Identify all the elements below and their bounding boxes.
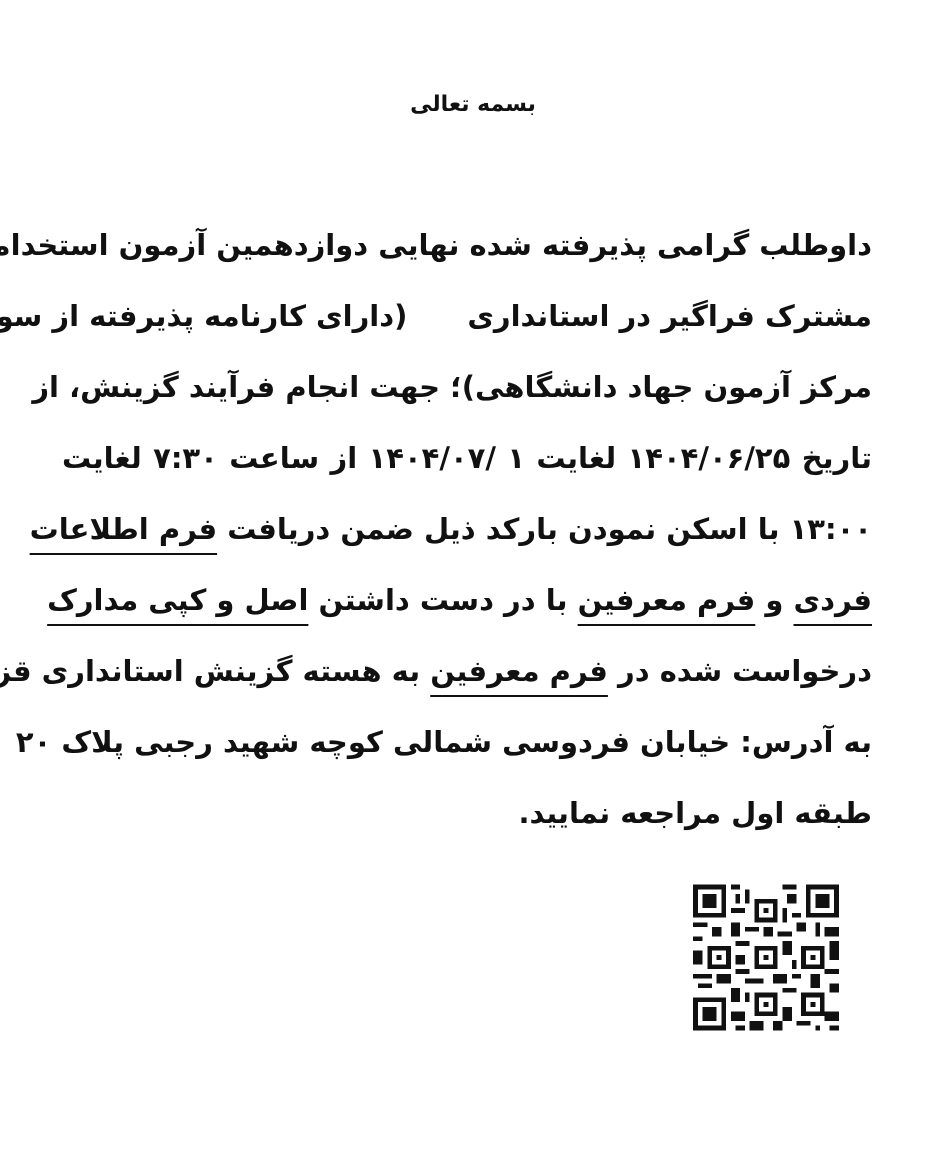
qr-code-icon [686, 880, 846, 1035]
underlined-text-documents: اصل و کپی مدارک [47, 583, 308, 617]
letter-line-9: طبقه اول مراجعه نمایید. [62, 778, 872, 849]
text-segment: درخواست شده در [608, 654, 872, 688]
letter-heading: بسمه تعالی [0, 92, 946, 117]
text-segment: و [755, 583, 793, 617]
underlined-text-personal-info-form: فرم اطلاعات [30, 512, 218, 546]
qr-code[interactable] [686, 880, 846, 1035]
text-segment: به هسته گزینش استانداری قزوین [0, 654, 430, 688]
letter-line-2: مشترک فراگیر در استانداری(دارای کارنامه … [62, 281, 872, 352]
text-segment: ۱۳:۰۰ با اسکن نمودن بارکد ذیل ضمن دریافت [217, 512, 872, 546]
text-segment: (دارای کارنامه پذیرفته از سوی [0, 299, 407, 333]
letter-line-7: درخواست شده در فرم معرفین به هسته گزینش … [62, 636, 872, 707]
text-segment: با در دست داشتن [308, 583, 577, 617]
letter-line-4: تاریخ ۱۴۰۴/۰۶/۲۵ لغایت ۱ /۱۴۰۴/۰۷ از ساع… [62, 423, 872, 494]
underlined-text-personal: فردی [794, 583, 873, 617]
letter-line-1: داوطلب گرامی پذیرفته شده نهایی دوازدهمین… [62, 210, 872, 281]
letter-line-3: مرکز آزمون جهاد دانشگاهی)؛ جهت انجام فرآ… [62, 352, 872, 423]
letter-line-6: فردی و فرم معرفین با در دست داشتن اصل و … [62, 565, 872, 636]
letter-line-8: به آدرس: خیابان فردوسی شمالی کوچه شهید ر… [62, 707, 872, 778]
underlined-text-referees-form: فرم معرفین [430, 654, 608, 688]
text-segment: مشترک فراگیر در استانداری [467, 299, 872, 333]
letter-body: داوطلب گرامی پذیرفته شده نهایی دوازدهمین… [62, 210, 872, 849]
underlined-text-referees-form: فرم معرفین [578, 583, 756, 617]
letter-line-5: ۱۳:۰۰ با اسکن نمودن بارکد ذیل ضمن دریافت… [62, 494, 872, 565]
